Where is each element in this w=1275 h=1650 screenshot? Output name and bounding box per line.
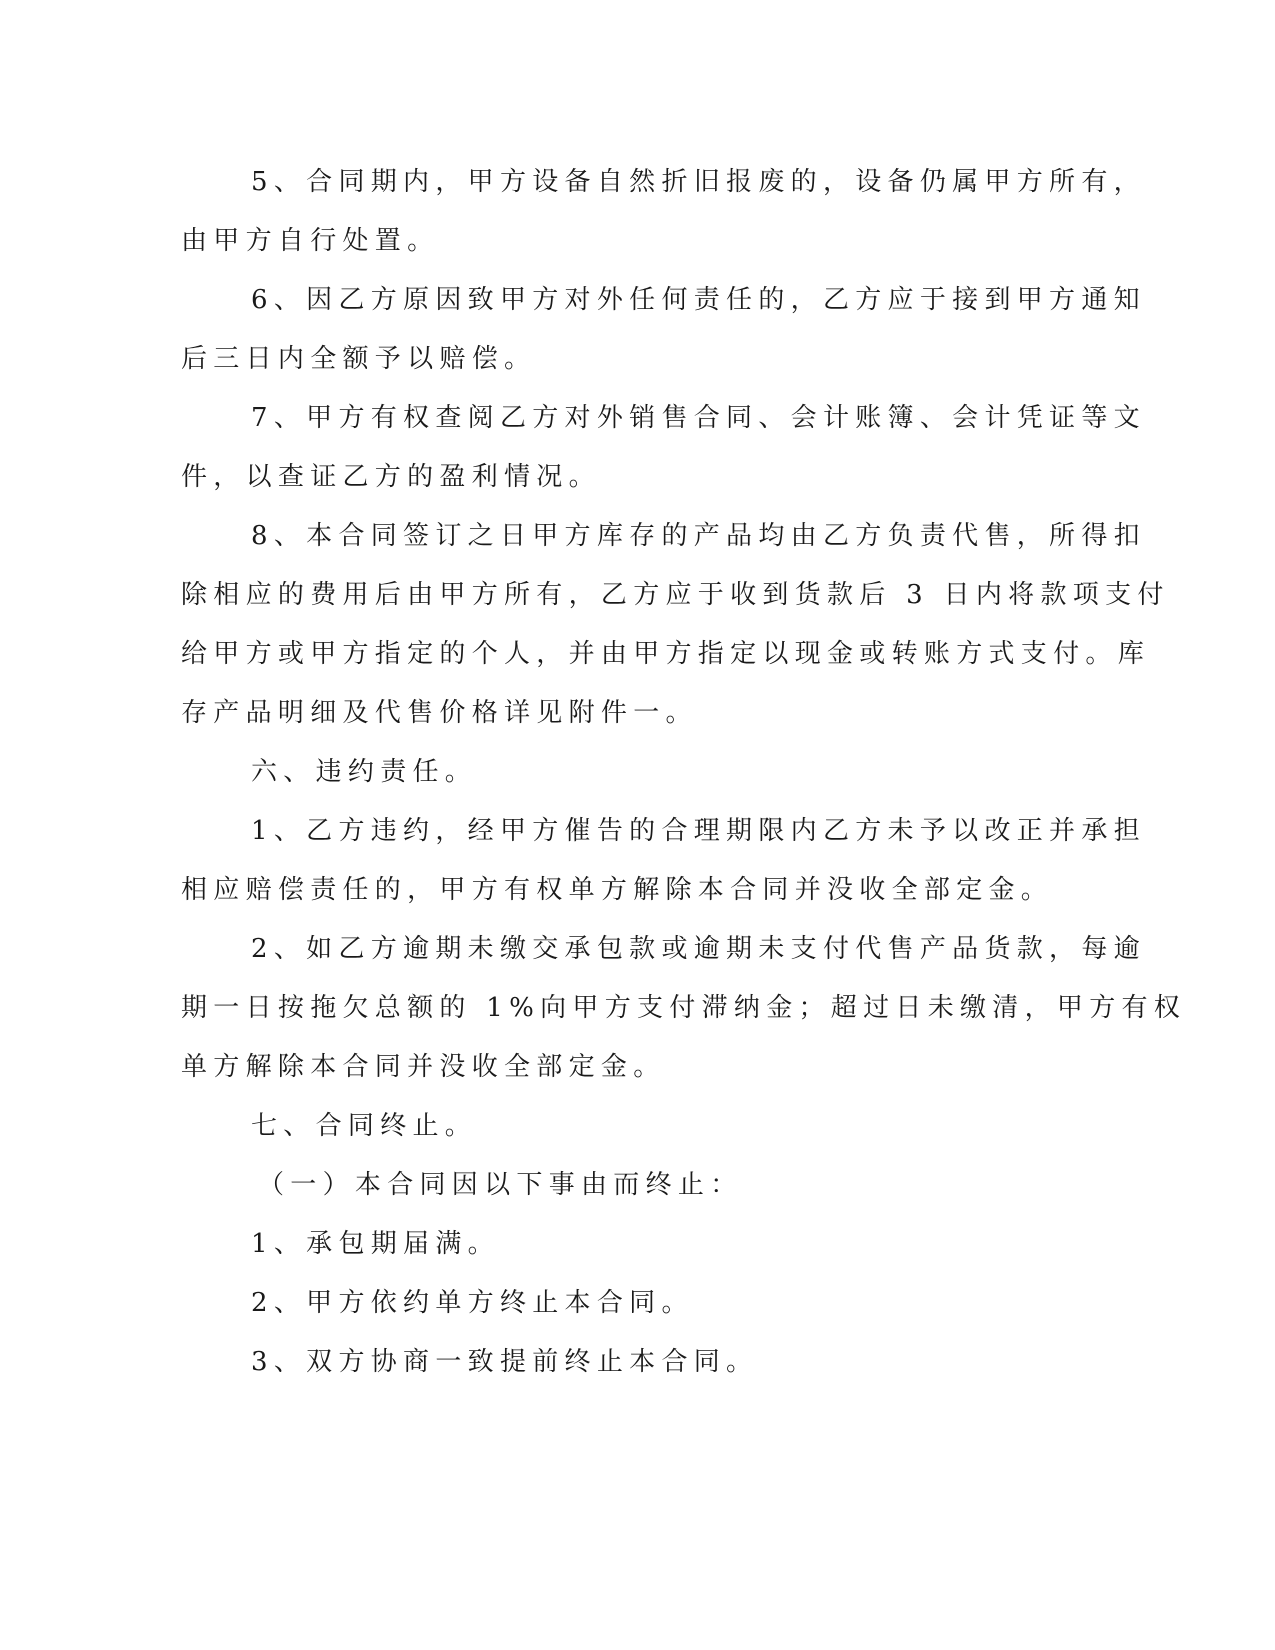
clause-8-line-1: 8、本合同签订之日甲方库存的产品均由乙方负责代售，所得扣: [251, 521, 1146, 551]
termination-item-3: 3、双方协商一致提前终止本合同。: [251, 1347, 758, 1377]
termination-item-2: 2、甲方依约单方终止本合同。: [251, 1288, 694, 1318]
section-6-heading: 六、违约责任。: [251, 757, 477, 787]
breach-clause-1-line-1: 1、乙方违约，经甲方催告的合理期限内乙方未予以改正并承担: [251, 816, 1146, 846]
clause-8-line-4: 存产品明细及代售价格详见附件一。: [181, 698, 698, 728]
clause-7-line-1: 7、甲方有权查阅乙方对外销售合同、会计账簿、会计凭证等文: [251, 403, 1146, 433]
termination-subheading: （一）本合同因以下事由而终止：: [258, 1170, 743, 1200]
clause-7-line-2: 件，以查证乙方的盈利情况。: [181, 462, 601, 492]
breach-clause-2-line-2: 期一日按拖欠总额的 1%向甲方支付滞纳金；超过日未缴清，甲方有权: [181, 993, 1186, 1023]
clause-5-line-2: 由甲方自行处置。: [181, 226, 439, 256]
document-page: 5、合同期内，甲方设备自然折旧报废的，设备仍属甲方所有， 由甲方自行处置。 6、…: [0, 0, 1275, 1650]
clause-8-line-3: 给甲方或甲方指定的个人，并由甲方指定以现金或转账方式支付。库: [181, 639, 1150, 669]
breach-clause-1-line-2: 相应赔偿责任的，甲方有权单方解除本合同并没收全部定金。: [181, 875, 1053, 905]
section-7-heading: 七、合同终止。: [251, 1111, 477, 1141]
termination-item-1: 1、承包期届满。: [251, 1229, 500, 1259]
clause-5-line-1: 5、合同期内，甲方设备自然折旧报废的，设备仍属甲方所有，: [251, 167, 1146, 197]
clause-6-line-2: 后三日内全额予以赔偿。: [181, 344, 536, 374]
breach-clause-2-line-1: 2、如乙方逾期未缴交承包款或逾期未支付代售产品货款，每逾: [251, 934, 1146, 964]
breach-clause-2-line-3: 单方解除本合同并没收全部定金。: [181, 1052, 666, 1082]
clause-8-line-2: 除相应的费用后由甲方所有，乙方应于收到货款后 3 日内将款项支付: [181, 580, 1170, 610]
clause-6-line-1: 6、因乙方原因致甲方对外任何责任的，乙方应于接到甲方通知: [251, 285, 1146, 315]
